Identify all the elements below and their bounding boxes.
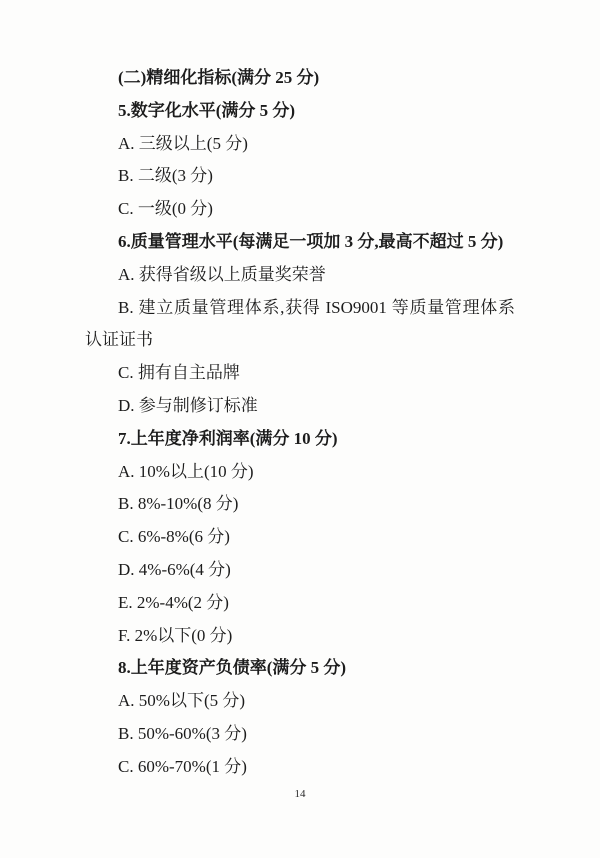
option-item-7c: C. 6%-8%(6 分) <box>85 521 515 554</box>
section-heading-net-profit-margin: 7.上年度净利润率(满分 10 分) <box>85 423 515 456</box>
option-item-7e: E. 2%-4%(2 分) <box>85 587 515 620</box>
option-item-6a: A. 获得省级以上质量奖荣誉 <box>85 259 515 292</box>
option-item-7f: F. 2%以下(0 分) <box>85 620 515 653</box>
section-heading-sub-indicators: (二)精细化指标(满分 25 分) <box>85 62 515 95</box>
section-heading-quality-management: 6.质量管理水平(每满足一项加 3 分,最高不超过 5 分) <box>85 226 515 259</box>
document-body: (二)精细化指标(满分 25 分) 5.数字化水平(满分 5 分) A. 三级以… <box>85 62 515 784</box>
option-item-6d: D. 参与制修订标准 <box>85 390 515 423</box>
option-item-8a: A. 50%以下(5 分) <box>85 685 515 718</box>
option-item-8c: C. 60%-70%(1 分) <box>85 751 515 784</box>
section-heading-asset-liability-ratio: 8.上年度资产负债率(满分 5 分) <box>85 652 515 685</box>
option-item-5c: C. 一级(0 分) <box>85 193 515 226</box>
option-item-7b: B. 8%-10%(8 分) <box>85 488 515 521</box>
page-number: 14 <box>0 786 600 802</box>
section-heading-digitalization-level: 5.数字化水平(满分 5 分) <box>85 95 515 128</box>
option-item-7a: A. 10%以上(10 分) <box>85 456 515 489</box>
option-item-5b: B. 二级(3 分) <box>85 160 515 193</box>
option-item-8b: B. 50%-60%(3 分) <box>85 718 515 751</box>
option-item-7d: D. 4%-6%(4 分) <box>85 554 515 587</box>
option-item-6c: C. 拥有自主品牌 <box>85 357 515 390</box>
document-page: (二)精细化指标(满分 25 分) 5.数字化水平(满分 5 分) A. 三级以… <box>0 0 600 858</box>
option-item-6b: B. 建立质量管理体系,获得 ISO9001 等质量管理体系认证证书 <box>85 292 515 358</box>
option-item-5a: A. 三级以上(5 分) <box>85 128 515 161</box>
